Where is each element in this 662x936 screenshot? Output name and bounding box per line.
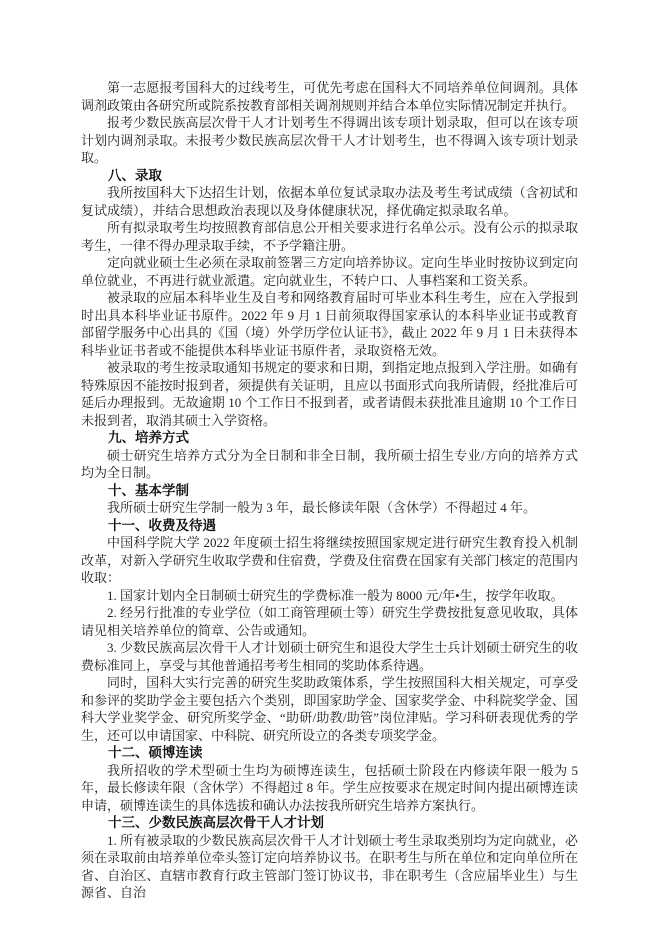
intro-paragraph: 报考少数民族高层次骨干人才计划考生不得调出该专项计划录取，但可以在该专项计划内调…	[81, 114, 578, 167]
paragraph: 我所招收的学术型硕士生均为硕博连读生，包括硕士阶段在内修读年限一般为 5 年，最…	[81, 762, 578, 815]
paragraph: 我所按国科大下达招生计划，依据本单位复试录取办法及考生考试成绩（含初试和复试成绩…	[81, 184, 578, 219]
section-heading-10-schooling-length: 十、基本学制	[81, 482, 578, 500]
list-item-3: 3. 少数民族高层次骨干人才计划硕士研究生和退役大学生士兵计划硕士研究生的收费标…	[81, 639, 578, 674]
paragraph: 定向就业硕士生必须在录取前签署三方定向培养协议。定向生毕业时按协议到定向单位就业…	[81, 254, 578, 289]
section-heading-11-fees: 十一、收费及待遇	[81, 517, 578, 535]
paragraph: 硕士研究生培养方式分为全日制和非全日制，我所硕士招生专业/方向的培养方式均为全日…	[81, 447, 578, 482]
document-page: 第一志愿报考国科大的过线考生，可优先考虑在国科大不同培养单位间调剂。具体调剂政策…	[0, 0, 662, 936]
section-heading-9-training-mode: 九、培养方式	[81, 429, 578, 447]
paragraph: 所有拟录取考生均按照教育部信息公开相关要求进行名单公示。没有公示的拟录取考生，一…	[81, 219, 578, 254]
paragraph: 同时，国科大实行完善的研究生奖助政策体系，学生按照国科大相关规定，可享受和参评的…	[81, 674, 578, 744]
document-content: 第一志愿报考国科大的过线考生，可优先考虑在国科大不同培养单位间调剂。具体调剂政策…	[81, 79, 578, 902]
intro-paragraph: 第一志愿报考国科大的过线考生，可优先考虑在国科大不同培养单位间调剂。具体调剂政策…	[81, 79, 578, 114]
paragraph: 中国科学院大学 2022 年度硕士招生将继续按照国家规定进行研究生教育投入机制改…	[81, 534, 578, 587]
paragraph: 被录取的应届本科毕业生及自考和网络教育届时可毕业本科生考生，应在入学报到时出具本…	[81, 289, 578, 359]
list-item-1: 1. 所有被录取的少数民族高层次骨干人才计划硕士考生录取类别均为定向就业，必须在…	[81, 832, 578, 902]
list-item-1: 1. 国家计划内全日制硕士研究生的学费标准一般为 8000 元/年•生，按学年收…	[81, 587, 578, 605]
section-heading-13-minority-talent-plan: 十三、少数民族高层次骨干人才计划	[81, 814, 578, 832]
section-heading-8-admission: 八、录取	[81, 167, 578, 185]
section-heading-12-master-doctor-program: 十二、硕博连读	[81, 744, 578, 762]
paragraph: 被录取的考生按录取通知书规定的要求和日期，到指定地点报到入学注册。如确有特殊原因…	[81, 359, 578, 429]
paragraph: 我所硕士研究生学制一般为 3 年，最长修读年限（含休学）不得超过 4 年。	[81, 499, 578, 517]
list-item-2: 2. 经另行批准的专业学位（如工商管理硕士等）研究生学费按批复意见收取，具体请见…	[81, 604, 578, 639]
